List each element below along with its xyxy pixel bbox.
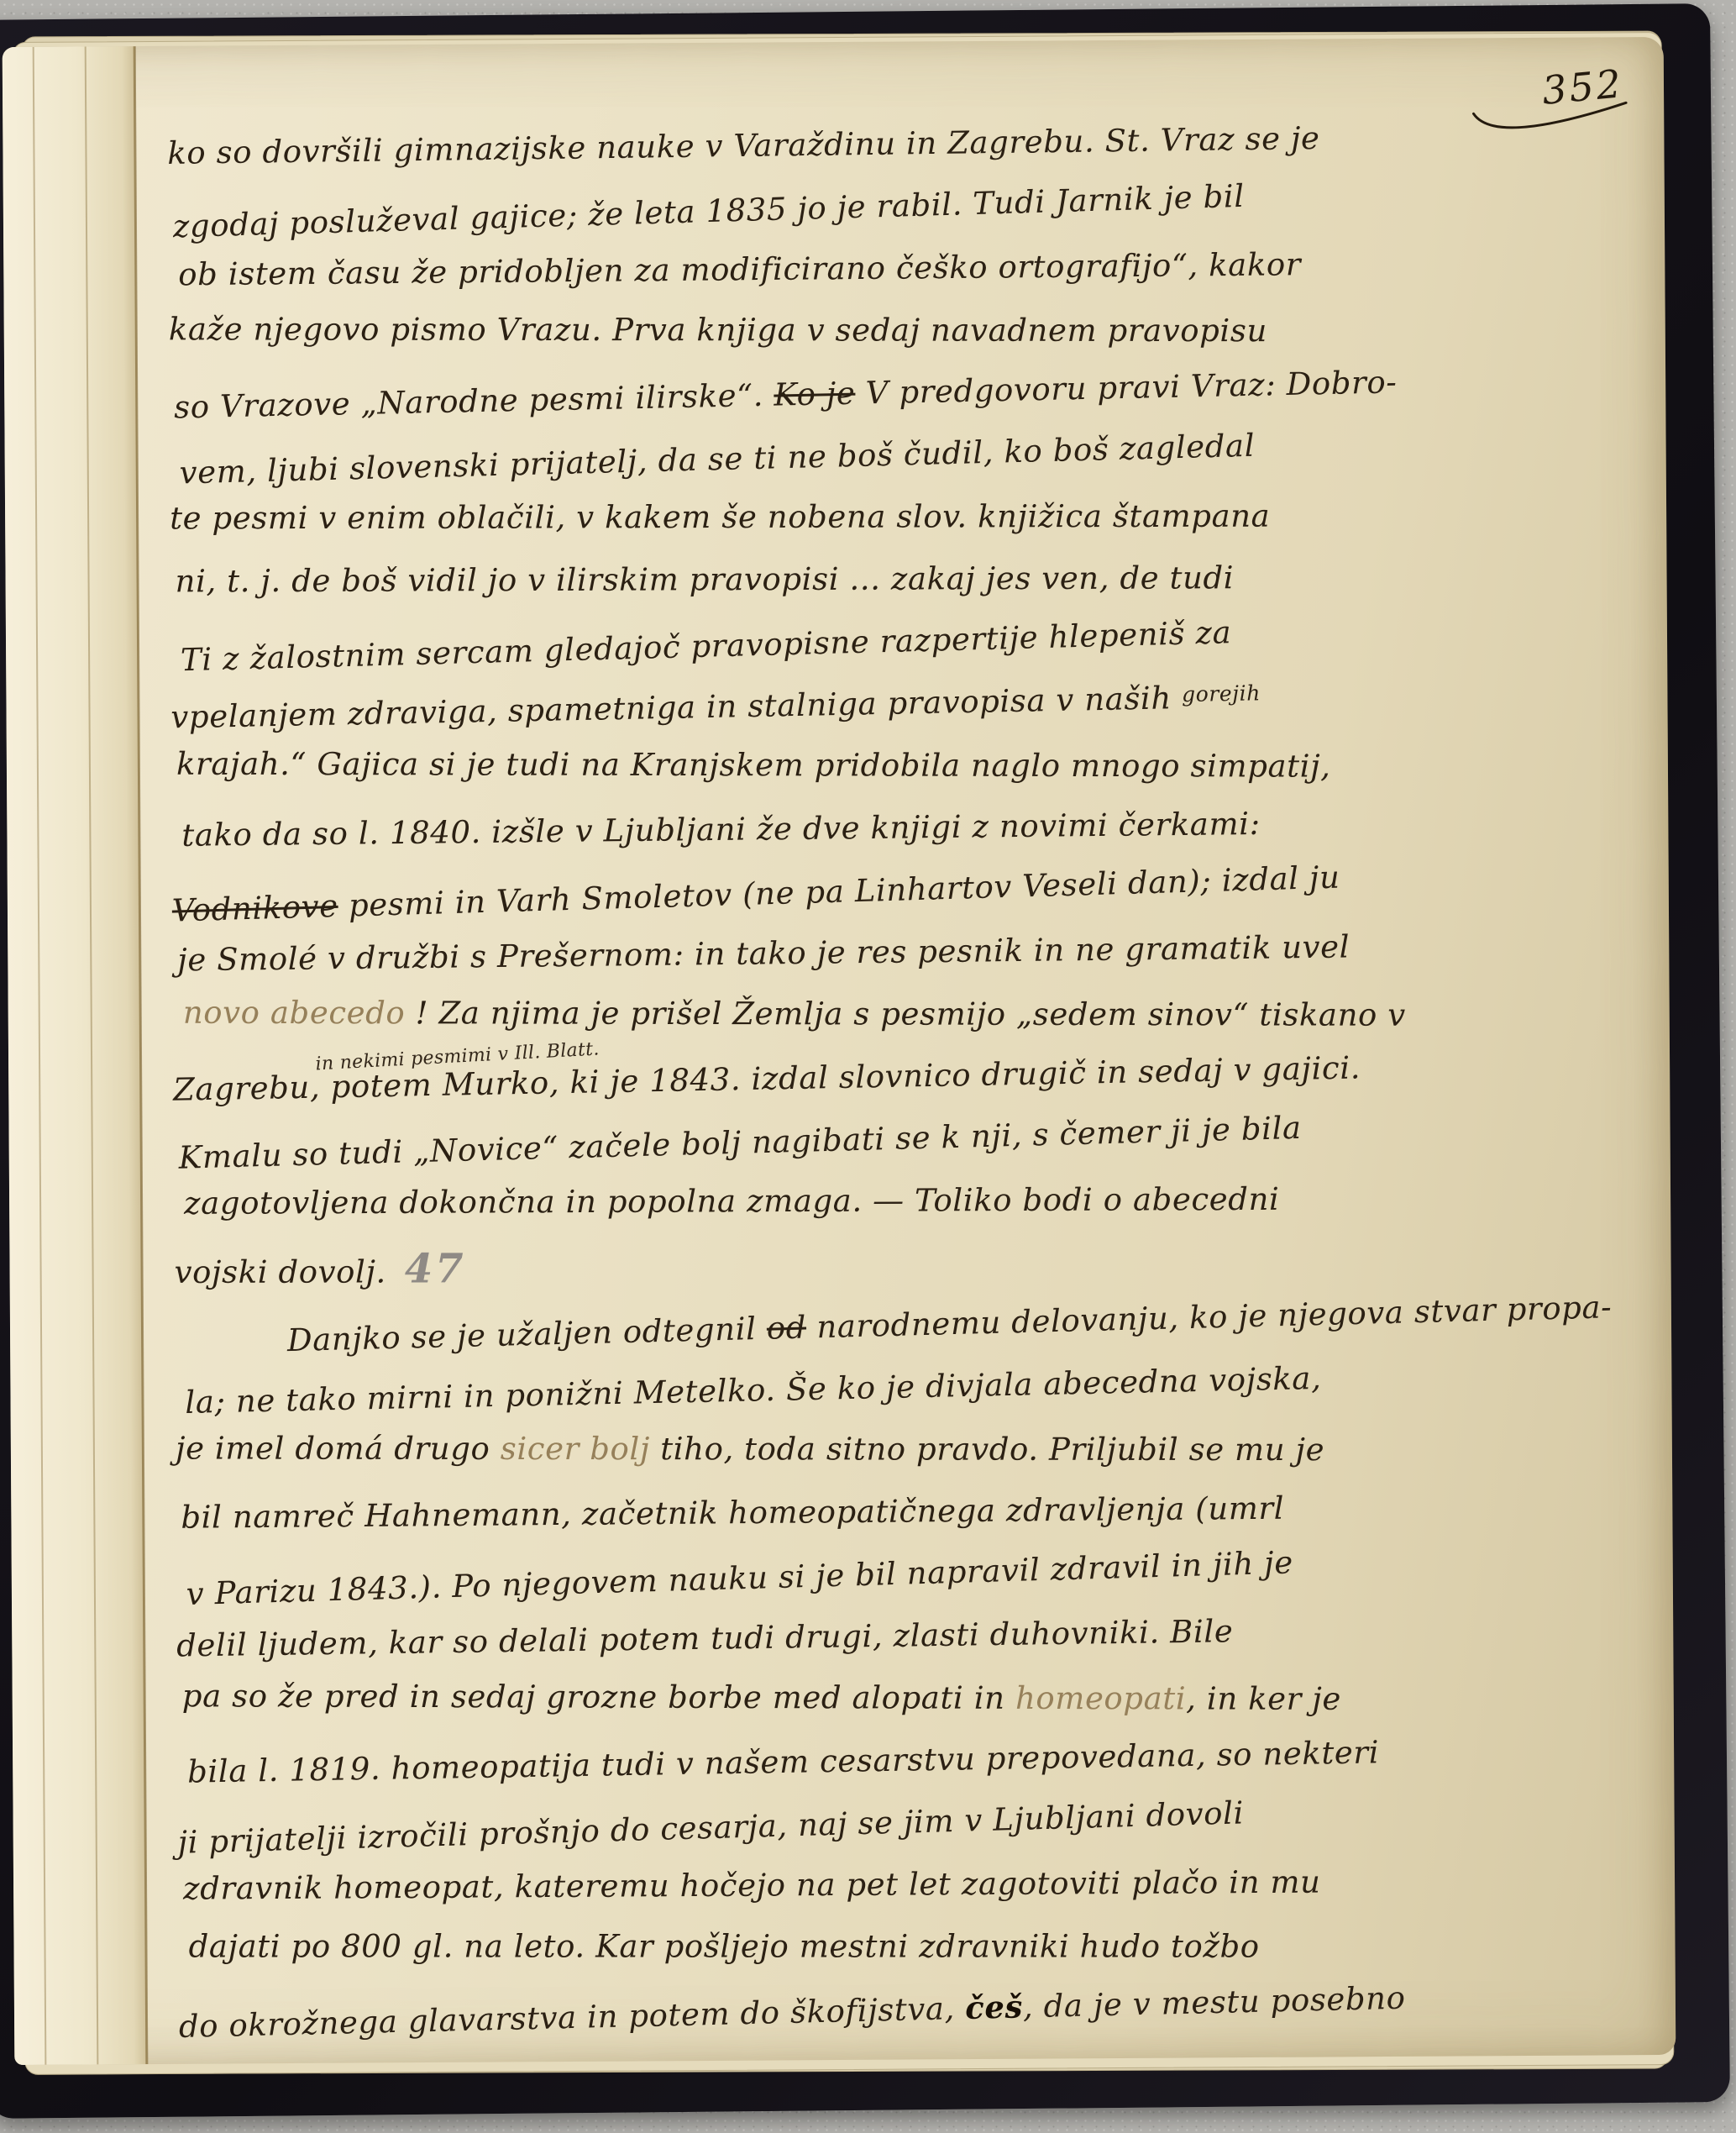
text-segment: češ: [965, 1988, 1024, 2026]
text-segment: novo abecedo: [183, 995, 406, 1032]
manuscript-line: krajah.“ Gajica si je tudi na Kranjskem …: [171, 746, 1633, 812]
pencil-annotation: 47: [386, 1245, 466, 1292]
fold-line: [33, 47, 47, 2065]
text-segment: te pesmi v enim oblačili, v kakem še nob…: [170, 498, 1270, 537]
fold-line: [134, 46, 149, 2064]
text-segment: Danjko se je užaljen odtegnil: [286, 1311, 767, 1358]
text-segment: bila l. 1819. homeopatija tudi v našem c…: [187, 1734, 1380, 1789]
manuscript-line: zdravnik homeopat, kateremu hočejo na pe…: [178, 1862, 1639, 1932]
manuscript-lines: ko so dovršili gimnazijske nauke v Varaž…: [167, 121, 1640, 2057]
text-segment: vojski dovolj.: [175, 1253, 386, 1290]
text-segment: krajah.“ Gajica si je tudi na Kranjskem …: [176, 746, 1331, 785]
text-segment: do okrožnega glavarstva in potem do škof…: [178, 1990, 965, 2045]
text-segment: tiho, toda sitno pravdo. Priljubil se mu…: [650, 1431, 1324, 1468]
text-segment: Ko je: [774, 376, 856, 413]
fold-line: [85, 46, 99, 2064]
text-segment: , da je v mestu posebno: [1022, 1980, 1406, 2025]
text-segment: tako da so l. 1840. izšle v Ljubljani že…: [181, 806, 1261, 854]
text-segment: je imel domá drugo: [176, 1430, 501, 1466]
text-segment: zagotovljena dokončna in popolna zmaga. …: [184, 1181, 1279, 1221]
page-content: 352 ko so dovršili gimnazijske nauke v V…: [167, 50, 1640, 2056]
text-segment: so Vrazove „Narodne pesmi ilirske“.: [174, 377, 774, 426]
text-segment: homeopati: [1015, 1680, 1186, 1717]
manuscript-line: zagotovljena dokončna in popolna zmaga. …: [174, 1179, 1635, 1248]
binding-edge-strip: [3, 46, 148, 2065]
manuscript-line: je imel domá drugo sicer bolj tiho, toda…: [176, 1430, 1637, 1494]
manuscript-line: ob istem času že pridobljen za modificir…: [168, 244, 1630, 319]
text-segment: ! Za njima je prišel Žemlja s pesmijo „s…: [405, 995, 1406, 1032]
text-segment: Vodnikove: [171, 888, 338, 929]
manuscript-page: 352 ko so dovršili gimnazijske nauke v V…: [3, 37, 1676, 2065]
text-segment: kaže njegovo pismo Vrazu. Prva knjiga v …: [169, 311, 1267, 349]
manuscript-photo: 352 ko so dovršili gimnazijske nauke v V…: [0, 0, 1736, 2133]
text-segment: dajati po 800 gl. na leto. Kar pošljejo …: [189, 1928, 1260, 1964]
text-segment: bil namreč Hahnemann, začetnik homeopati…: [181, 1490, 1284, 1536]
text-segment: zdravnik homeopat, kateremu hočejo na pe…: [183, 1864, 1321, 1907]
text-segment: od: [766, 1310, 806, 1347]
text-segment: pa so že pred in sedaj grozne borbe med …: [182, 1678, 1015, 1716]
text-segment: ni, t. j. de boš vidil jo v ilirskim pra…: [176, 560, 1235, 599]
text-segment: , in ker je: [1186, 1680, 1341, 1716]
text-segment: gorejih: [1182, 680, 1261, 707]
manuscript-line: te pesmi v enim oblačili, v kakem še nob…: [170, 497, 1631, 563]
text-segment: sicer bolj: [501, 1431, 650, 1467]
text-segment: ko so dovršili gimnazijske nauke v Varaž…: [167, 120, 1320, 171]
